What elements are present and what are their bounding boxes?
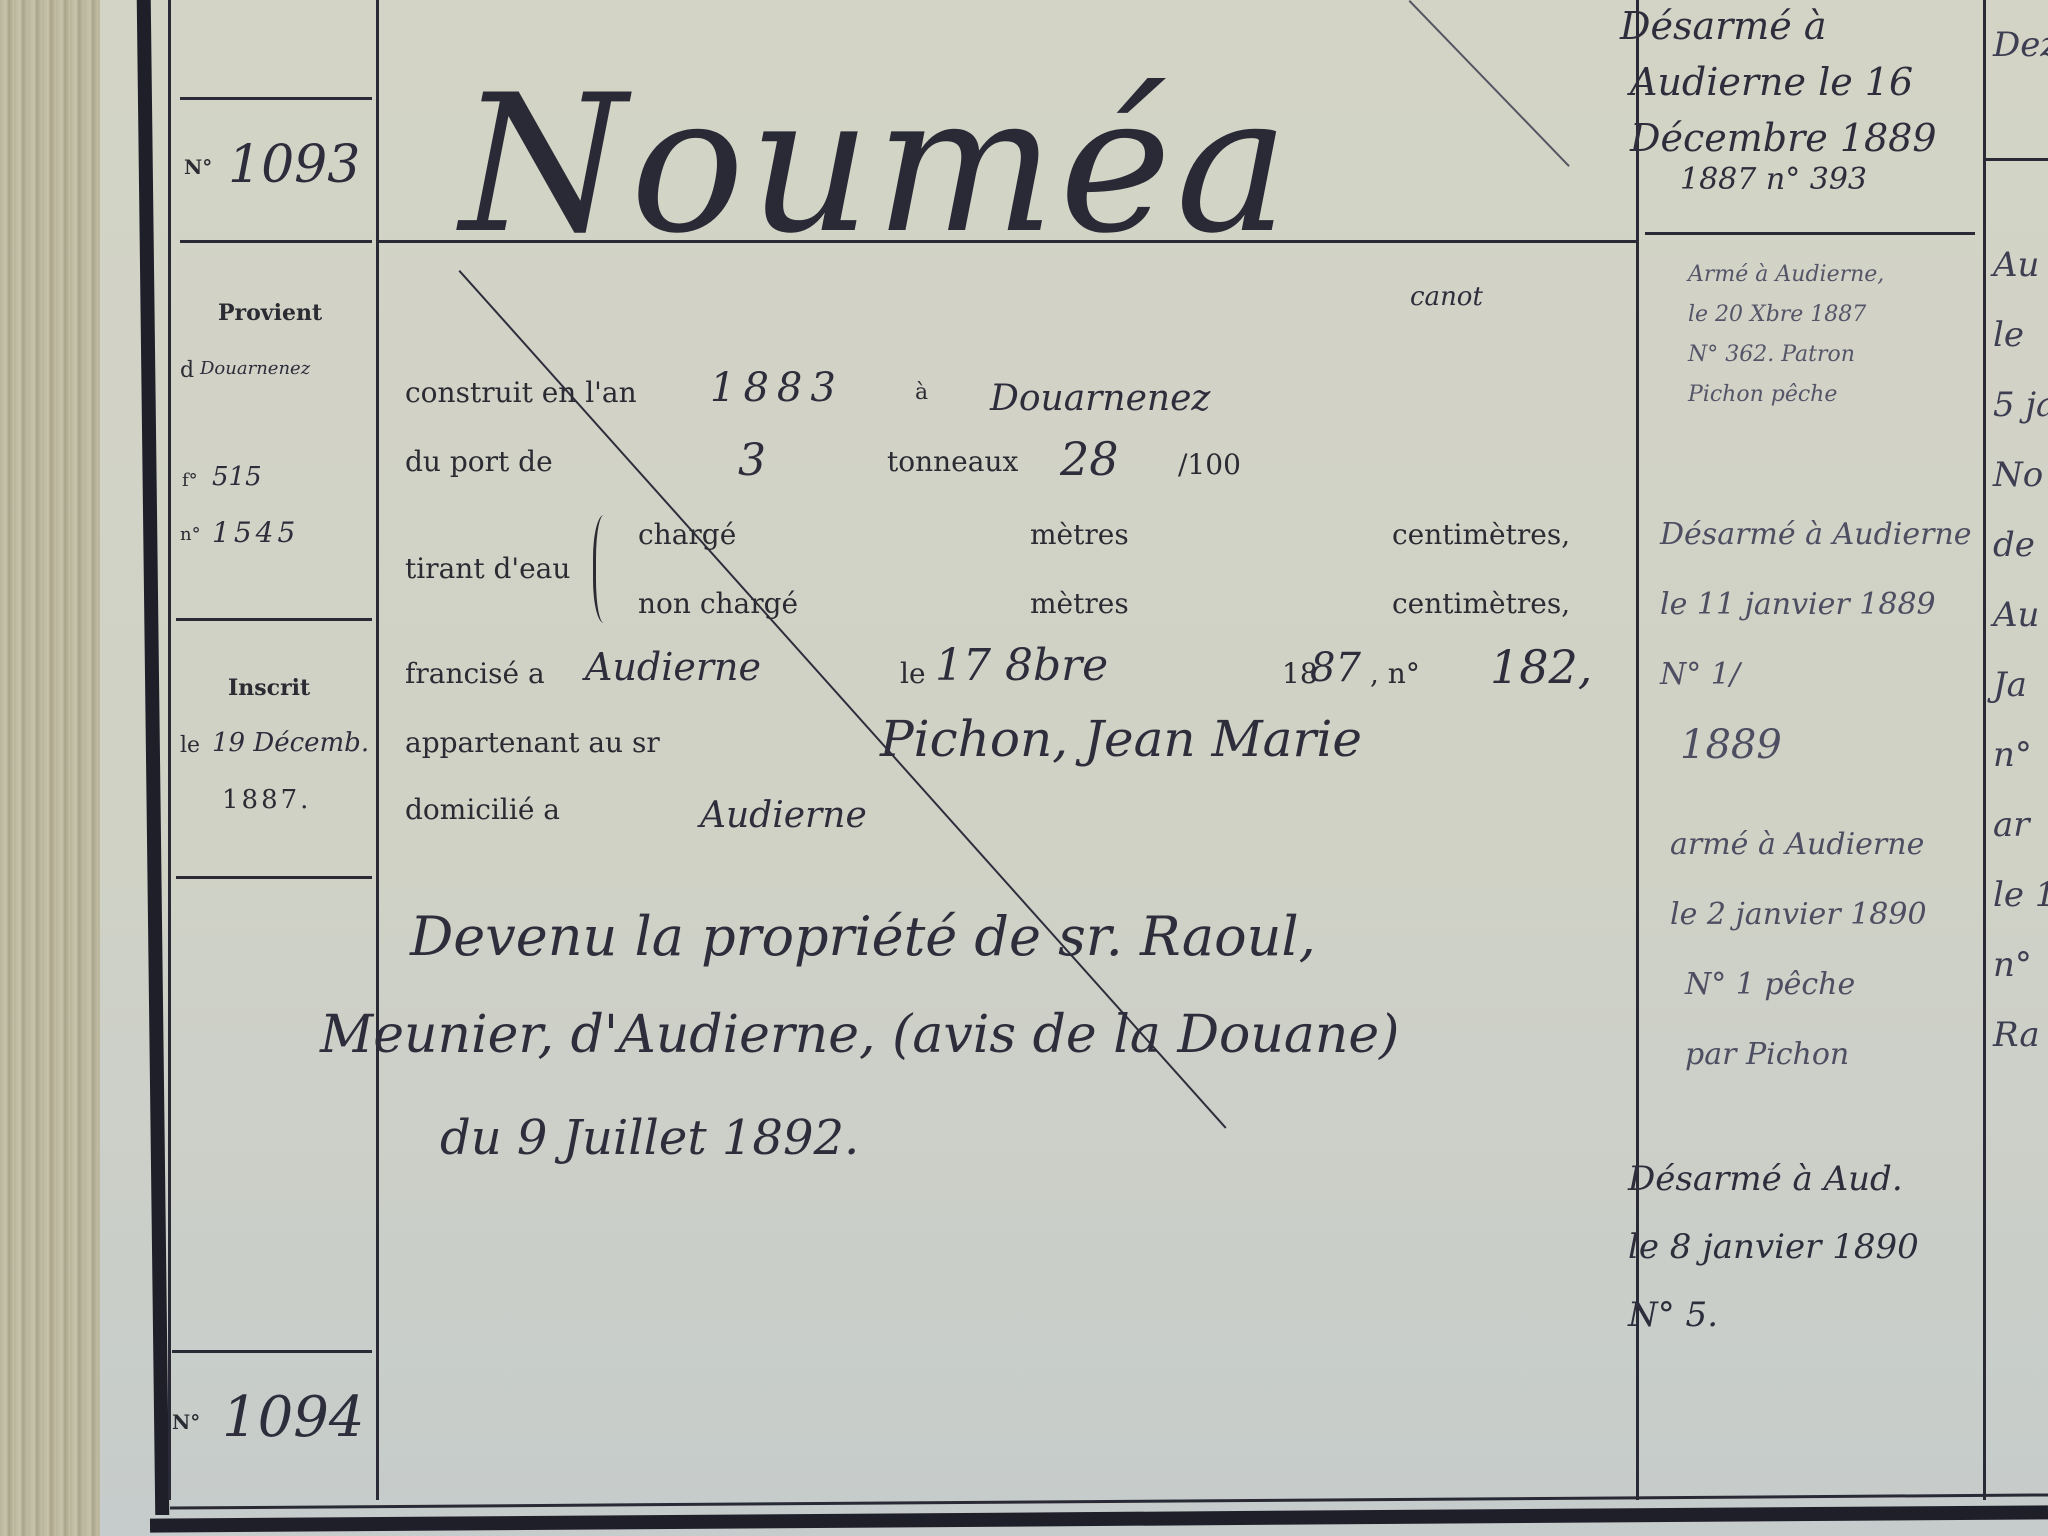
number-value: 1545 [212, 516, 299, 549]
log-entry-1-line-3: Décembre 1889 [1620, 110, 1937, 166]
non-charge-label: non chargé [638, 587, 798, 620]
tonneaux-label: tonneaux [887, 445, 1018, 478]
log-entry-2-line-1: Armé à Audierne, [1688, 255, 1884, 295]
francise-place: Audierne [585, 645, 761, 689]
far-right-fragment: 5 ja [1993, 370, 2048, 440]
log-entry-2-line-3: N° 362. Patron [1688, 335, 1884, 375]
next-entry-label: N° [172, 1410, 200, 1434]
far-right-fragment: le [1993, 300, 2048, 370]
rule-left-bottom [172, 1350, 372, 1353]
log-entry-3-line-1: Désarmé à Audierne [1660, 500, 1972, 570]
construit-label: construit en l'an [405, 376, 637, 409]
ship-type: canot [1410, 282, 1483, 312]
provient-label: Provient [218, 300, 322, 326]
domicilie-label: domicilié a [405, 793, 560, 826]
francise-year-suffix: 87 [1310, 645, 1361, 691]
construit-year: 1883 [710, 365, 844, 411]
far-right-fragment: Ja [1993, 650, 2048, 720]
rule-left-provient [176, 618, 372, 621]
rule-left-inscrit [176, 876, 372, 879]
next-entry-number: 1094 [222, 1385, 365, 1450]
log-entry-1-line-1: Désarmé à [1620, 0, 1937, 54]
note-line-1: Devenu la propriété de sr. Raoul, [410, 905, 1316, 968]
francise-number: 182, [1490, 640, 1592, 694]
ship-name: Nouméa [460, 70, 1293, 260]
log-entry-5-line-1: Désarmé à Aud. [1628, 1145, 1919, 1213]
francise-le-label: le [900, 657, 926, 690]
log-entry-3: Désarmé à Audierne le 11 janvier 1889 N°… [1660, 500, 1972, 780]
entry-number-label: N° [184, 155, 212, 179]
number-label: n° [180, 524, 201, 545]
francise-date: 17 8bre [935, 640, 1108, 691]
appartenant-label: appartenant au sr [405, 726, 660, 759]
port-tonneaux: 3 [738, 435, 766, 486]
far-right-fragment: n° [1993, 720, 2048, 790]
construit-a-label: à [915, 380, 928, 405]
rule-left-top [180, 97, 372, 100]
far-right-fragment: n° [1993, 930, 2048, 1000]
log-entry-4: armé à Audierne le 2 janvier 1890 N° 1 p… [1670, 810, 1927, 1090]
far-right-fragment: ar [1993, 790, 2048, 860]
log-entry-4-line-3: N° 1 pêche [1670, 950, 1927, 1020]
tirant-label: tirant d'eau [405, 552, 570, 585]
inscrit-year: 1887. [222, 785, 311, 815]
log-entry-3-line-4: 1889 [1660, 710, 1972, 780]
rule-left-entry [180, 240, 372, 243]
log-entry-5-line-3: N° 5. [1628, 1281, 1919, 1349]
log-entry-4-line-2: le 2 janvier 1890 [1670, 880, 1927, 950]
log-entry-3-line-2: le 11 janvier 1889 [1660, 570, 1972, 640]
far-right-fragment: Au [1993, 580, 2048, 650]
port-label: du port de [405, 445, 553, 478]
log-entry-5-line-2: le 8 janvier 1890 [1628, 1213, 1919, 1281]
log-entry-4-line-4: par Pichon [1670, 1020, 1927, 1090]
log-entry-4-line-1: armé à Audierne [1670, 810, 1927, 880]
far-right-fragment: No [1993, 440, 2048, 510]
log-entry-1-line-4: 1887 n° 393 [1620, 166, 1937, 194]
tonneaux-denominator: /100 [1178, 448, 1241, 481]
francise-no-label: , n° [1370, 657, 1420, 690]
log-entry-1-line-2: Audierne le 16 [1620, 54, 1937, 110]
folio-label: f° [182, 470, 198, 491]
domicile-value: Audierne [700, 795, 867, 836]
inscrit-label: Inscrit [228, 675, 310, 701]
brace [593, 515, 620, 623]
far-right-fragment: Au [1993, 230, 2048, 300]
far-right-column-partial: Dez Au le 5 ja No de Au Ja n° ar le 1 n°… [1985, 0, 2048, 1500]
log-entry-3-line-3: N° 1/ [1660, 640, 1972, 710]
tonneaux-fraction: 28 [1060, 432, 1119, 486]
non-charge-centimetres-label: centimètres, [1392, 587, 1570, 620]
frame-inner-left [168, 0, 171, 1500]
far-right-fragment: Ra [1993, 1000, 2048, 1070]
charge-metres-label: mètres [1030, 518, 1129, 551]
rule-right-header [1645, 232, 1975, 235]
provient-value: Douarnenez [200, 358, 310, 379]
note-line-2: Meunier, d'Audierne, (avis de la Douane) [320, 1005, 1399, 1065]
charge-centimetres-label: centimètres, [1392, 518, 1570, 551]
log-entry-2-line-2: le 20 Xbre 1887 [1688, 295, 1884, 335]
entry-number: 1093 [228, 135, 360, 195]
log-entry-2: Armé à Audierne, le 20 Xbre 1887 N° 362.… [1688, 255, 1884, 415]
non-charge-metres-label: mètres [1030, 587, 1129, 620]
provient-prefix: d [180, 358, 194, 383]
note-line-3: du 9 Juillet 1892. [440, 1110, 859, 1166]
log-entry-2-line-4: Pichon pêche [1688, 375, 1884, 415]
log-entry-1: Désarmé à Audierne le 16 Décembre 1889 1… [1620, 0, 1937, 194]
folio-value: 515 [212, 462, 262, 492]
inscrit-prefix: le [180, 733, 200, 758]
far-right-fragment: le 1 [1993, 860, 2048, 930]
construit-place: Douarnenez [990, 378, 1210, 419]
log-entry-5: Désarmé à Aud. le 8 janvier 1890 N° 5. [1628, 1145, 1919, 1349]
far-right-fragment: de [1993, 510, 2048, 580]
far-right-fragment: Dez [1993, 10, 2048, 80]
divider-left-column [376, 0, 379, 1500]
charge-label: chargé [638, 518, 736, 551]
francise-label: francisé a [405, 657, 545, 690]
owner-name: Pichon, Jean Marie [880, 710, 1362, 768]
inscrit-date: 19 Décemb. [212, 728, 369, 758]
